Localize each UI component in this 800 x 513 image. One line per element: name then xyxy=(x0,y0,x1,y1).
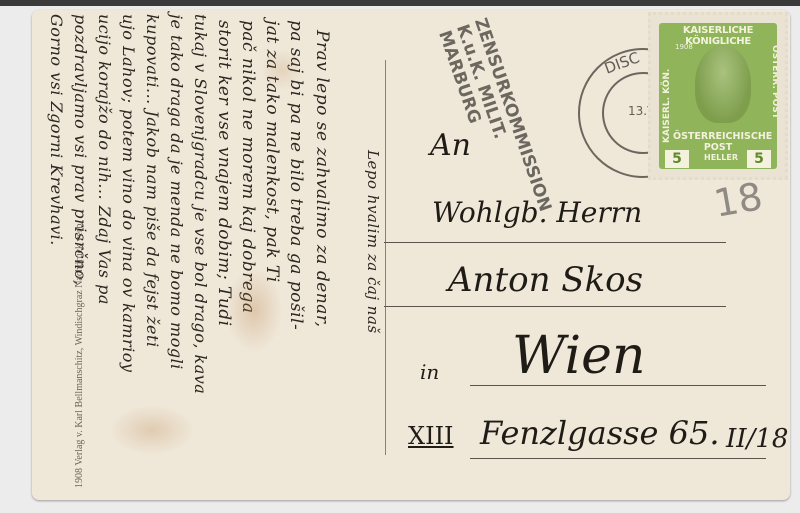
side-note: Lepo hvalim za čaj naš xyxy=(364,150,382,334)
censor-stamp: ZENSURKOMMISSION K.u.K. MILIT. MARBURG xyxy=(434,16,554,227)
message-line: Prav lepo se zahvalimo za denar, xyxy=(312,30,332,328)
postage-stamp: KAISERLICHE KÖNIGLICHE KAISERL. KÖN. ÖST… xyxy=(648,12,788,180)
message-line: jat za tako malenkost, pak Ti xyxy=(262,20,282,283)
message-line: ucijo korajžo do nih... Zdaj Vas pa xyxy=(95,14,114,305)
message-line: storit ker vse vnajem dobim; Tudi xyxy=(214,20,234,327)
address-rule-3 xyxy=(470,385,766,386)
stamp-right-text: ÖSTERR. POST xyxy=(770,45,777,119)
address-rule-1 xyxy=(384,242,726,243)
publisher-imprint: 1908 Verlag v. Karl Bellmanschitz, Windi… xyxy=(74,221,85,488)
stamp-year: 1908 xyxy=(675,43,693,51)
address-rule-4 xyxy=(470,458,766,459)
message-line: Gorno vsi Zgorni Krevhavi. xyxy=(47,14,66,246)
address-salutation: An xyxy=(430,128,471,163)
pencil-note: 18 xyxy=(711,174,766,226)
message-line: je tako draga da je menda ne bomo mogli xyxy=(167,14,186,370)
address-rule-2 xyxy=(384,306,726,307)
scan-top-border xyxy=(0,0,800,6)
address-title: Wohlgb. Herrn xyxy=(432,196,642,229)
stamp-denomination: HELLER xyxy=(699,153,743,162)
message-line: ujo Lahov; potem vino do vina ov kamrioy xyxy=(119,14,138,372)
address-city: Wien xyxy=(512,326,645,386)
stamp-value-right: 5 xyxy=(747,150,771,168)
message-line: pa saj bi pa ne bilo treba ga pošil- xyxy=(286,20,306,330)
message-line: tukaj v Slovenjgradcu je vse bol drago, … xyxy=(191,14,210,394)
address-district: XIII xyxy=(408,422,454,450)
stamp-value-left: 5 xyxy=(665,150,689,168)
address-apartment: II/18 xyxy=(726,424,788,454)
address-street: Fenzlgasse 65. xyxy=(480,414,720,452)
address-name: Anton Skos xyxy=(448,260,643,300)
message-line: pač nikol ne morem kaj dobrega xyxy=(238,20,258,314)
postcard: Prav lepo se zahvalimo za denar, pa saj … xyxy=(32,10,790,500)
address-city-prefix: in xyxy=(420,360,439,384)
address-divider xyxy=(385,60,386,455)
emperor-portrait-icon xyxy=(695,45,751,123)
message-line: kupovati... Jakob nam piše da fejst žeti xyxy=(143,14,162,348)
stamp-left-text: KAISERL. KÖN. xyxy=(662,69,672,143)
